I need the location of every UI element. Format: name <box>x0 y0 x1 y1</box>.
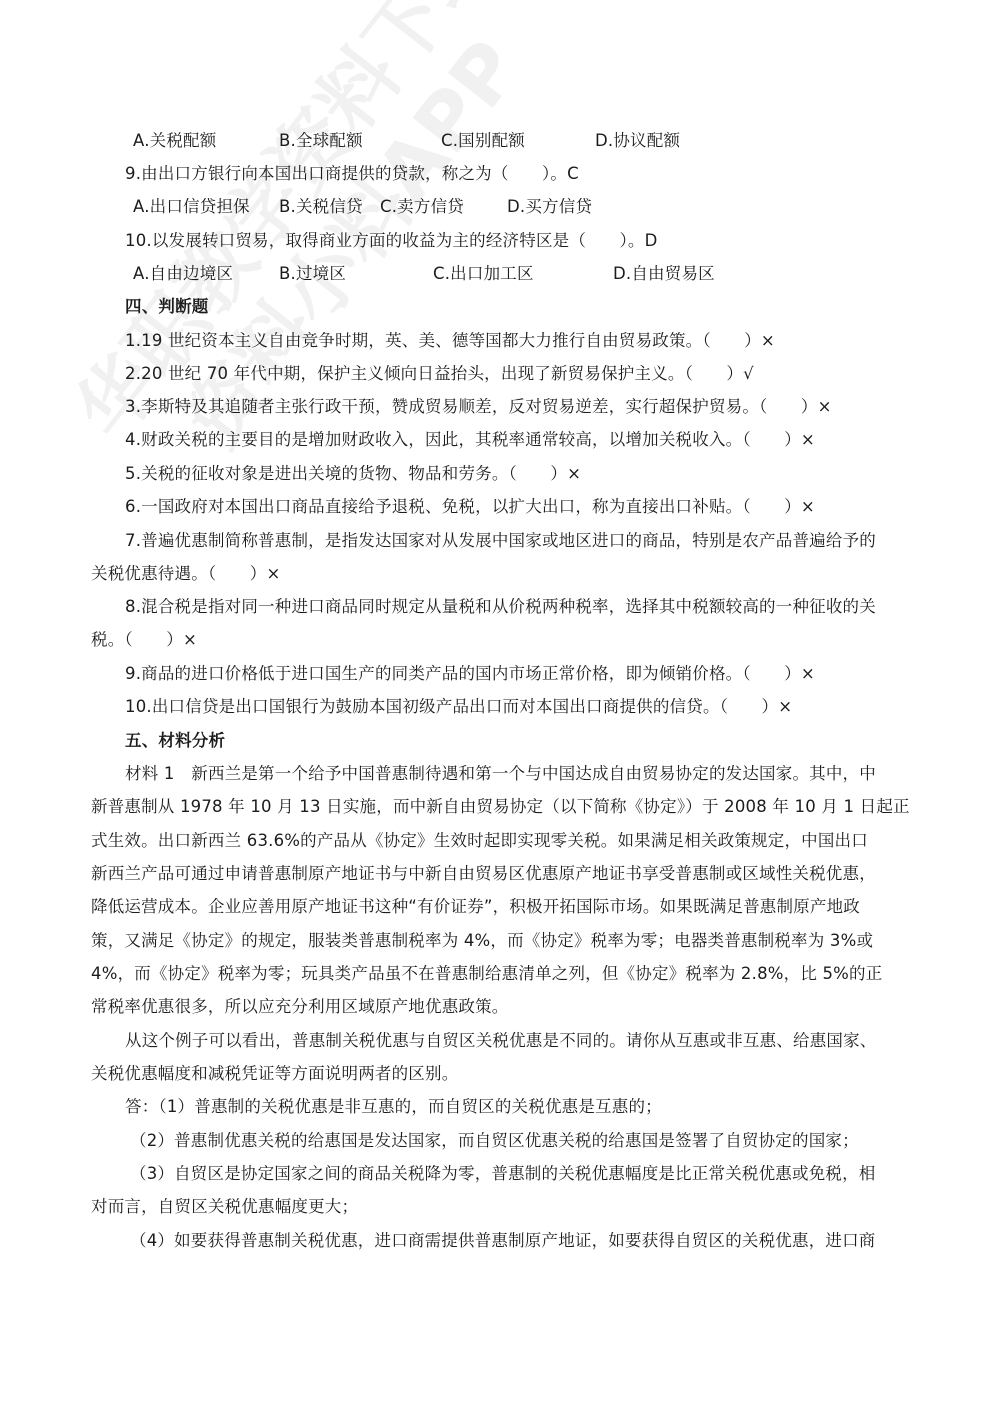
material-line: 新普惠制从 1978 年 10 月 13 日实施，而中新自由贸易协定（以下简称《… <box>91 797 907 817</box>
judgment-item-5: 5.关税的征收对象是进出关境的货物、物品和劳务。（ ）× <box>125 464 941 484</box>
material-line: 降低运营成本。企业应善用原产地证书这种“有价证券”，积极开拓国际市场。如果既满足… <box>91 897 907 917</box>
material-line: 新西兰产品可通过申请普惠制原产地证书与中新自由贸易区优惠原产地证书享受普惠制或区… <box>91 864 907 884</box>
judgment-item-10: 10.出口信贷是出口国银行为鼓励本国初级产品出口而对本国出口商提供的信贷。（ ）… <box>125 697 941 717</box>
judgment-item-1: 1.19 世纪资本主义自由竞争时期，英、美、德等国都大力推行自由贸易政策。（ ）… <box>125 331 941 351</box>
material-line: 常税率优惠很多，所以应充分利用区域原产地优惠政策。 <box>91 997 907 1017</box>
q9-option-a: A.出口信贷担保 <box>133 197 279 217</box>
answer-line: 对而言，自贸区关税优惠幅度更大； <box>91 1197 907 1217</box>
material-line: 材料 1 新西兰是第一个给予中国普惠制待遇和第一个与中国达成自由贸易协定的发达国… <box>125 764 941 784</box>
judgment-item-3: 3.李斯特及其追随者主张行政干预，赞成贸易顺差，反对贸易逆差，实行超保护贸易。（… <box>125 397 941 417</box>
judgment-item-4: 4.财政关税的主要目的是增加财政收入，因此，其税率通常较高，以增加关税收入。（ … <box>125 430 941 450</box>
answer-line: （3）自贸区是协定国家之间的商品关税降为零，普惠制的关税优惠幅度是比正常关税优惠… <box>130 1164 946 1184</box>
q10-option-a: A.自由边境区 <box>133 264 279 284</box>
judgment-item-8-cont: 税。（ ）× <box>91 630 907 650</box>
judgment-item-6: 6.一国政府对本国出口商品直接给予退税、免税，以扩大出口，称为直接出口补贴。（ … <box>125 497 941 517</box>
answer-line: 答：（1）普惠制的关税优惠是非互惠的，而自贸区的关税优惠是互惠的； <box>125 1097 941 1117</box>
judgment-item-9: 9.商品的进口价格低于进口国生产的同类产品的国内市场正常价格，即为倾销价格。（ … <box>125 664 941 684</box>
q8-option-a: A.关税配额 <box>133 131 279 151</box>
question-line: 关税优惠幅度和减税凭证等方面说明两者的区别。 <box>91 1064 907 1084</box>
q10-stem: 10.以发展转口贸易，取得商业方面的收益为主的经济特区是（ ）。D <box>125 231 941 251</box>
q10-option-b: B.过境区 <box>279 264 433 284</box>
question-line: 从这个例子可以看出，普惠制关税优惠与自贸区关税优惠是不同的。请你从互惠或非互惠、… <box>125 1031 941 1051</box>
q10-option-c: C.出口加工区 <box>433 264 613 284</box>
q8-option-c: C.国别配额 <box>441 131 595 151</box>
q8-option-d: D.协议配额 <box>595 131 680 151</box>
judgment-item-2: 2.20 世纪 70 年代中期，保护主义倾向日益抬头，出现了新贸易保护主义。（ … <box>125 364 941 384</box>
q8-option-b: B.全球配额 <box>279 131 441 151</box>
q9-stem: 9.由出口方银行向本国出口商提供的贷款，称之为（ ）。C <box>125 164 941 184</box>
section-4-title: 四、判断题 <box>125 297 941 317</box>
q9-option-b: B.关税信贷 <box>279 197 380 217</box>
document-page: 华职教学资料下载 资料小料APP A.关税配额 B.全球配额 C.国别配额 D.… <box>0 0 993 1404</box>
q10-options: A.自由边境区 B.过境区 C.出口加工区 D.自由贸易区 <box>133 264 949 284</box>
watermark-line-1: 华职教学资料下载 <box>60 0 747 455</box>
q9-option-c: C.卖方信贷 <box>380 197 507 217</box>
q10-option-d: D.自由贸易区 <box>613 264 715 284</box>
material-line: 4%，而《协定》税率为零；玩具类产品虽不在普惠制给惠清单之列，但《协定》税率为 … <box>91 964 907 984</box>
judgment-item-7-cont: 关税优惠待遇。（ ）× <box>91 564 907 584</box>
answer-line: （2）普惠制优惠关税的给惠国是发达国家，而自贸区优惠关税的给惠国是签署了自贸协定… <box>130 1131 946 1151</box>
q9-option-d: D.买方信贷 <box>507 197 592 217</box>
section-5-title: 五、材料分析 <box>125 731 941 751</box>
material-line: 策，又满足《协定》的规定，服装类普惠制税率为 4%，而《协定》税率为零；电器类普… <box>91 931 907 951</box>
judgment-item-8: 8.混合税是指对同一种进口商品同时规定从量税和从价税两种税率，选择其中税额较高的… <box>125 597 941 617</box>
q8-options: A.关税配额 B.全球配额 C.国别配额 D.协议配额 <box>133 131 949 151</box>
material-line: 式生效。出口新西兰 63.6%的产品从《协定》生效时起即实现零关税。如果满足相关… <box>91 831 907 851</box>
judgment-item-7: 7.普遍优惠制简称普惠制，是指发达国家对从发展中国家或地区进口的商品，特别是农产… <box>125 531 941 551</box>
q9-options: A.出口信贷担保 B.关税信贷 C.卖方信贷 D.买方信贷 <box>133 197 949 217</box>
answer-line: （4）如要获得普惠制关税优惠，进口商需提供普惠制原产地证，如要获得自贸区的关税优… <box>130 1231 946 1251</box>
